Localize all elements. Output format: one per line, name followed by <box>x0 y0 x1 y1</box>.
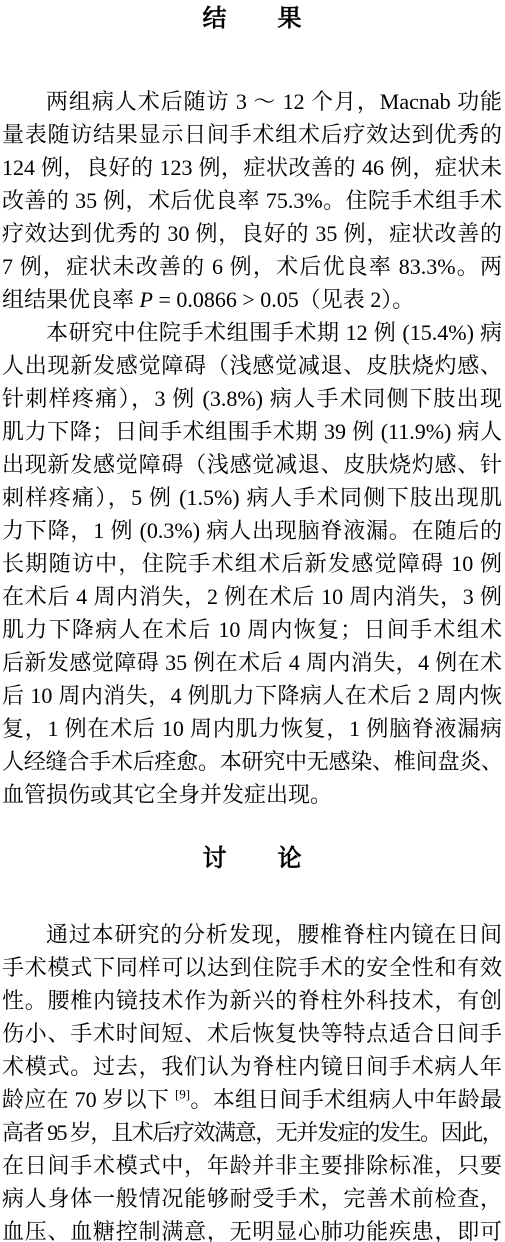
text-line: 血压、血糖控制满意，无明显心肺功能疾患，即可 <box>2 1215 502 1242</box>
text-line: 肌力下降；日间手术组围手术期 39 例 (11.9%) 病人 <box>2 415 502 448</box>
text-line: 长期随访中，住院手术组术后新发感觉障碍 10 例 <box>2 547 502 580</box>
text-line: 124 例，良好的 123 例，症状改善的 46 例，症状未 <box>2 151 502 184</box>
text-line: 力下降，1 例 (0.3%) 病人出现脑脊液漏。在随后的 <box>2 514 502 547</box>
text-line: 量表随访结果显示日间手术组术后疗效达到优秀的 <box>2 118 502 151</box>
text-line: 组结果优良率 P = 0.0866 > 0.05（见表 2）。 <box>2 283 502 316</box>
text-line: 病人身体一般情况能够耐受手术，完善术前检查， <box>2 1182 502 1215</box>
text-line: 性。腰椎内镜技术作为新兴的脊柱外科技术，有创 <box>2 984 502 1017</box>
text-line: 人出现新发感觉障碍（浅感觉减退、皮肤烧灼感、 <box>2 349 502 382</box>
text-line: 疗效达到优秀的 30 例，良好的 35 例，症状改善的 <box>2 217 502 250</box>
text-line: 伤小、手术时间短、术后恢复快等特点适合日间手 <box>2 1017 502 1050</box>
section-heading-results: 结 果 <box>0 2 505 35</box>
text-line: 人经缝合手术后痊愈。本研究中无感染、椎间盘炎、 <box>2 745 502 778</box>
text-line: 刺样疼痛），5 例 (1.5%) 病人手术同侧下肢出现肌 <box>2 481 502 514</box>
text-line: 血管损伤或其它全身并发症出现。 <box>2 778 502 811</box>
discussion-paragraph-1: 通过本研究的分析发现，腰椎脊柱内镜在日间手术模式下同样可以达到住院手术的安全性和… <box>2 918 502 1242</box>
text-line: 高者 95 岁，且术后疗效满意，无并发症的发生。因此， <box>2 1116 502 1149</box>
results-paragraph-2: 本研究中住院手术组围手术期 12 例 (15.4%) 病人出现新发感觉障碍（浅感… <box>2 316 502 811</box>
text-line: 术模式。过去，我们认为脊柱内镜日间手术病人年 <box>2 1050 502 1083</box>
text-line: 后新发感觉障碍 35 例在术后 4 周内消失，4 例在术 <box>2 646 502 679</box>
text-line: 本研究中住院手术组围手术期 12 例 (15.4%) 病 <box>2 316 502 349</box>
text-line: 改善的 35 例，术后优良率 75.3%。住院手术组手术 <box>2 184 502 217</box>
text-line: 通过本研究的分析发现，腰椎脊柱内镜在日间 <box>2 918 502 951</box>
text-line: 在术后 4 周内消失，2 例在术后 10 周内消失，3 例 <box>2 580 502 613</box>
section-heading-discussion: 讨 论 <box>0 842 505 875</box>
text-line: 在日间手术模式中，年龄并非主要排除标准，只要 <box>2 1149 502 1182</box>
text-line: 针刺样疼痛），3 例 (3.8%) 病人手术同侧下肢出现 <box>2 382 502 415</box>
text-line: 复，1 例在术后 10 周内肌力恢复，1 例脑脊液漏病 <box>2 712 502 745</box>
text-line: 肌力下降病人在术后 10 周内恢复；日间手术组术 <box>2 613 502 646</box>
text-line: 手术模式下同样可以达到住院手术的安全性和有效 <box>2 951 502 984</box>
text-line: 两组病人术后随访 3 ～ 12 个月，Macnab 功能 <box>2 85 502 118</box>
text-line: 出现新发感觉障碍（浅感觉减退、皮肤烧灼感、针 <box>2 448 502 481</box>
article-page: 结 果 两组病人术后随访 3 ～ 12 个月，Macnab 功能量表随访结果显示… <box>0 0 505 1242</box>
text-line: 7 例，症状未改善的 6 例，术后优良率 83.3%。两 <box>2 250 502 283</box>
results-paragraph-1: 两组病人术后随访 3 ～ 12 个月，Macnab 功能量表随访结果显示日间手术… <box>2 85 502 316</box>
text-line: 后 10 周内消失，4 例肌力下降病人在术后 2 周内恢 <box>2 679 502 712</box>
text-line: 龄应在 70 岁以下 [9]。本组日间手术组病人中年龄最 <box>2 1083 502 1116</box>
